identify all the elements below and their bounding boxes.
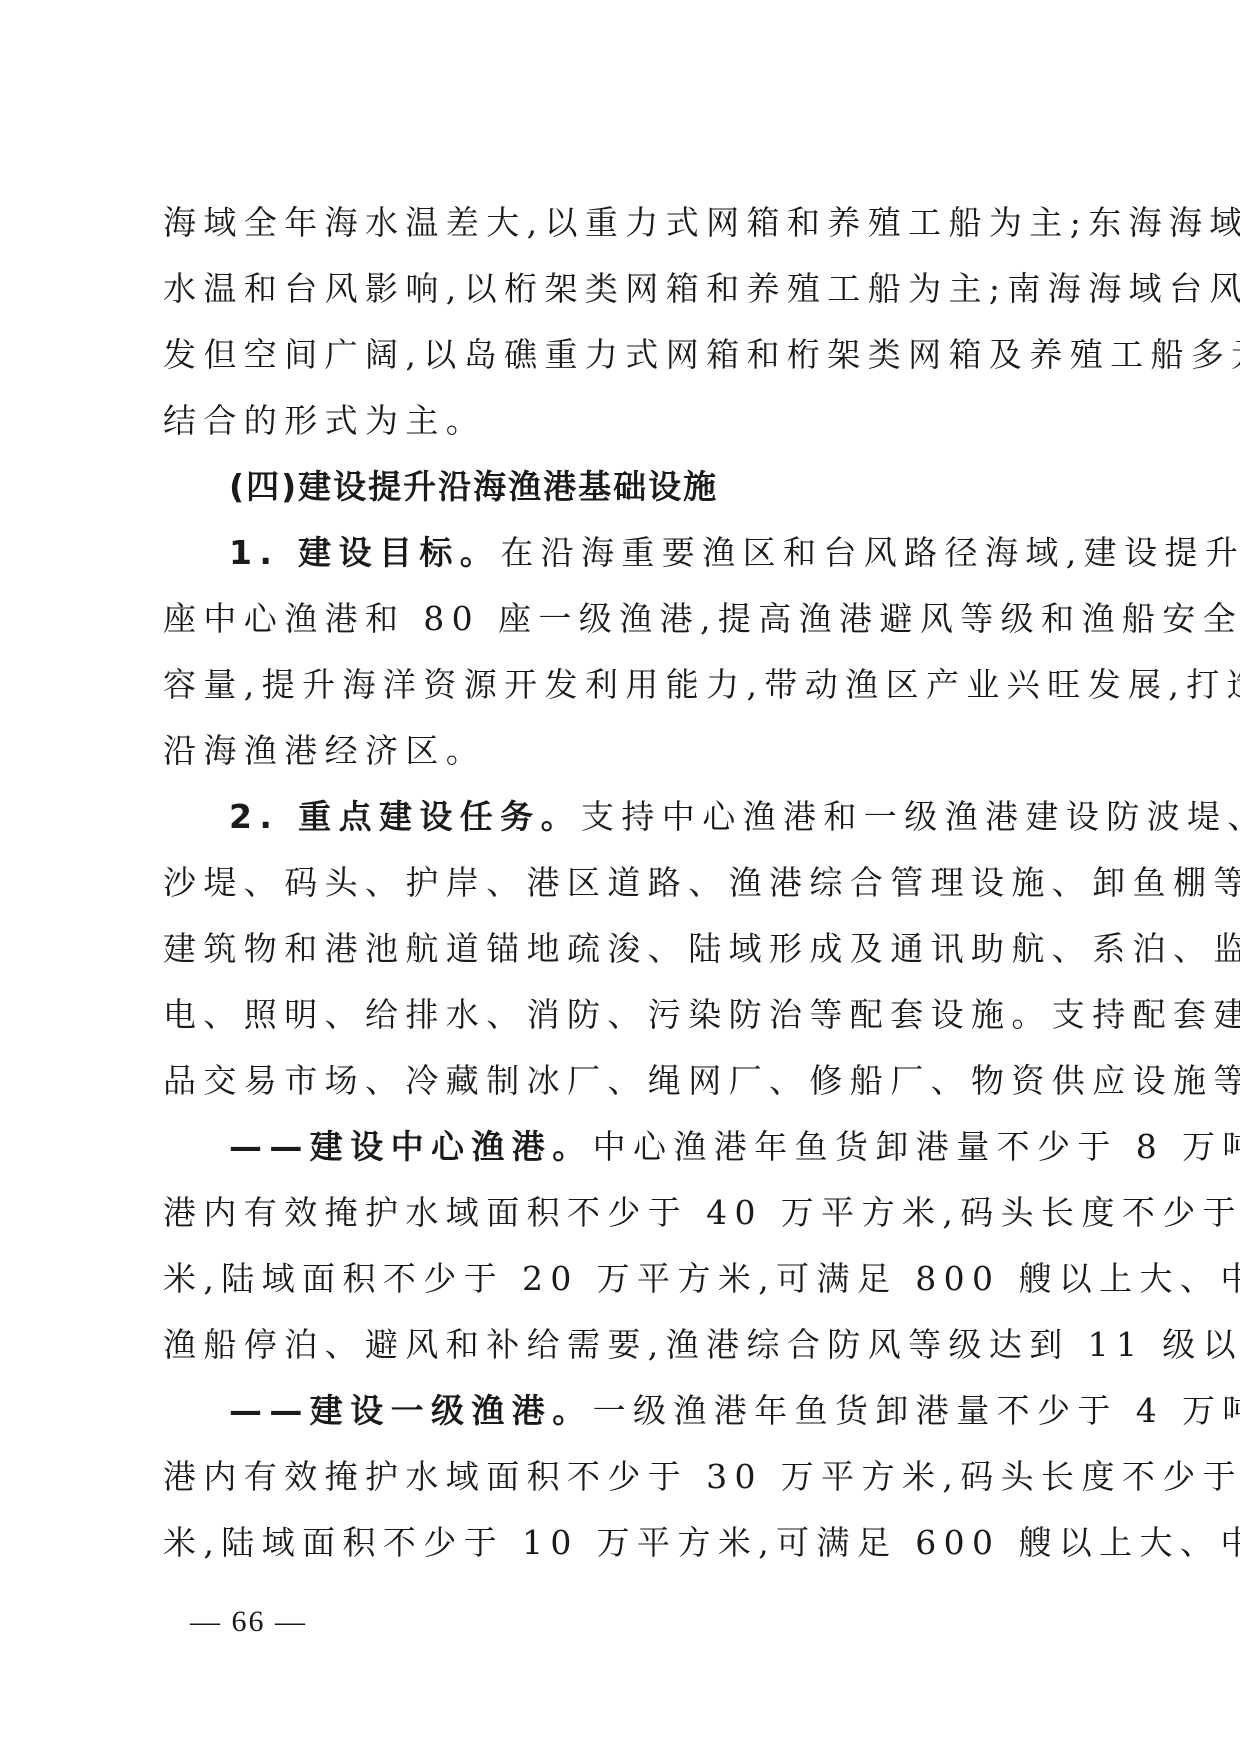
item-lead: 2. 重点建设任务。 (229, 797, 581, 836)
text-line: 建筑物和港池航道锚地疏浚、陆域形成及通讯助航、系泊、监控、供 (163, 916, 1075, 982)
item-lead: ——建设一级渔港。 (229, 1391, 593, 1430)
page-number: — 66 — (190, 1605, 307, 1639)
text-line: 沿海渔港经济区。 (163, 718, 1083, 784)
item-text: 支持中心渔港和一级渔港建设防波堤、拦 (581, 797, 1240, 836)
text-line: ——建设一级渔港。一级渔港年鱼货卸港量不少于 4 万吨, (163, 1378, 1075, 1444)
text-line: 米,陆域面积不少于 20 万平方米,可满足 800 艘以上大、中、小型 (163, 1246, 1075, 1312)
text-line: 1. 建设目标。在沿海重要渔区和台风路径海域,建设提升 60 (163, 520, 1075, 586)
paragraph-continuation: 海域全年海水温差大,以重力式网箱和养殖工船为主;东海海域受 水温和台风影响,以桁… (163, 190, 1083, 454)
item-construction-goal: 1. 建设目标。在沿海重要渔区和台风路径海域,建设提升 60 座中心渔港和 80… (163, 520, 1083, 784)
text-line: 2. 重点建设任务。支持中心渔港和一级渔港建设防波堤、拦 (163, 784, 1075, 850)
section-heading-text: (四)建设提升沿海渔港基础设施 (229, 467, 718, 506)
text-line: 海域全年海水温差大,以重力式网箱和养殖工船为主;东海海域受 (163, 190, 1075, 256)
document-page: 海域全年海水温差大,以重力式网箱和养殖工船为主;东海海域受 水温和台风影响,以桁… (163, 190, 1083, 1576)
item-lead: 1. 建设目标。 (229, 533, 500, 572)
text-line: 港内有效掩护水域面积不少于 30 万平方米,码头长度不少于 400 (163, 1444, 1075, 1510)
item-lead: ——建设中心渔港。 (229, 1127, 593, 1166)
text-line: 发但空间广阔,以岛礁重力式网箱和桁架类网箱及养殖工船多元 (163, 322, 1075, 388)
item-first-class-port: ——建设一级渔港。一级渔港年鱼货卸港量不少于 4 万吨, 港内有效掩护水域面积不… (163, 1378, 1083, 1576)
text-line: 港内有效掩护水域面积不少于 40 万平方米,码头长度不少于 600 (163, 1180, 1075, 1246)
text-line: 结合的形式为主。 (163, 388, 1083, 454)
text-line: ——建设中心渔港。中心渔港年鱼货卸港量不少于 8 万吨, (163, 1114, 1075, 1180)
text-line: 容量,提升海洋资源开发利用能力,带动渔区产业兴旺发展,打造 (163, 652, 1075, 718)
item-text: 在沿海重要渔区和台风路径海域,建设提升 60 (500, 533, 1240, 572)
text-line: 米,陆域面积不少于 10 万平方米,可满足 600 艘以上大、中、小型 (163, 1510, 1075, 1576)
text-line: 座中心渔港和 80 座一级渔港,提高渔港避风等级和渔船安全避风 (163, 586, 1075, 652)
item-text: 中心渔港年鱼货卸港量不少于 8 万吨, (593, 1127, 1240, 1166)
item-key-tasks: 2. 重点建设任务。支持中心渔港和一级渔港建设防波堤、拦 沙堤、码头、护岸、港区… (163, 784, 1083, 1114)
item-central-port: ——建设中心渔港。中心渔港年鱼货卸港量不少于 8 万吨, 港内有效掩护水域面积不… (163, 1114, 1083, 1378)
text-line: 品交易市场、冷藏制冰厂、绳网厂、修船厂、物资供应设施等。 (163, 1048, 1083, 1114)
text-line: 渔船停泊、避风和补给需要,渔港综合防风等级达到 11 级以上。 (163, 1312, 1083, 1378)
section-heading: (四)建设提升沿海渔港基础设施 (163, 454, 1083, 520)
text-line: 电、照明、给排水、消防、污染防治等配套设施。支持配套建设水产 (163, 982, 1075, 1048)
text-line: 沙堤、码头、护岸、港区道路、渔港综合管理设施、卸鱼棚等水陆域 (163, 850, 1075, 916)
item-text: 一级渔港年鱼货卸港量不少于 4 万吨, (593, 1391, 1240, 1430)
text-line: 水温和台风影响,以桁架类网箱和养殖工船为主;南海海域台风多 (163, 256, 1075, 322)
